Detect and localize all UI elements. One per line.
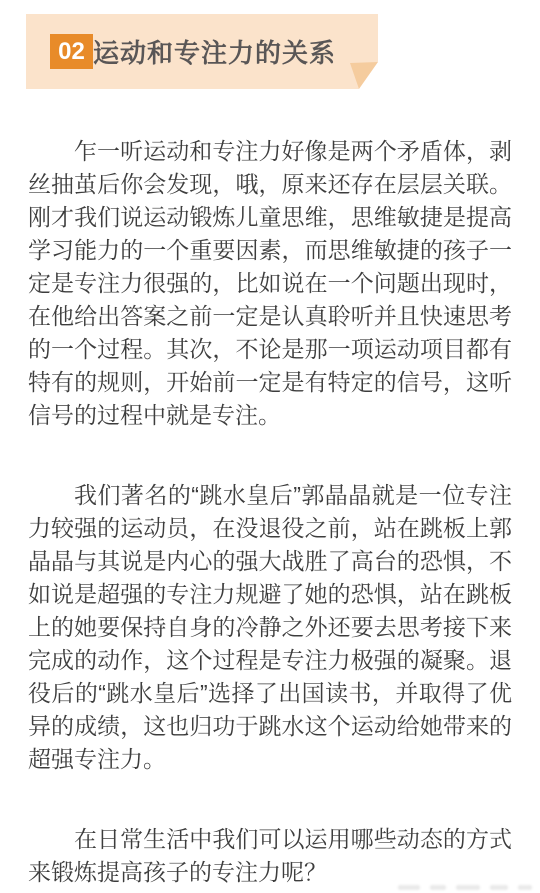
- paragraph-exercise-focus-link: 乍一听运动和专注力好像是两个矛盾体，剥丝抽茧后你会发现，哦，原来还存在层层关联。…: [28, 135, 512, 432]
- section-title: 运动和专注力的关系: [93, 33, 336, 70]
- section-number-badge: 02: [50, 34, 93, 69]
- paragraph-guo-jingjing-example: 我们著名的“跳水皇后”郭晶晶就是一位专注力较强的运动员，在没退役之前，站在跳板上…: [28, 479, 512, 776]
- faint-mark: [430, 885, 446, 890]
- article-page: { "header": { "number": "02", "title": "…: [0, 0, 540, 893]
- faint-mark: [518, 885, 532, 890]
- paragraph-closing-question: 在日常生活中我们可以运用哪些动态的方式来锻炼提高孩子的专注力呢？: [28, 823, 512, 889]
- faint-mark: [398, 885, 420, 890]
- article-body: 乍一听运动和专注力好像是两个矛盾体，剥丝抽茧后你会发现，哦，原来还存在层层关联。…: [28, 135, 512, 889]
- faint-mark: [456, 885, 480, 890]
- folded-corner-icon: [348, 61, 378, 89]
- cutoff-next-content-hint: [398, 885, 534, 893]
- faint-mark: [490, 885, 508, 890]
- section-header-banner: 02 运动和专注力的关系: [26, 14, 378, 89]
